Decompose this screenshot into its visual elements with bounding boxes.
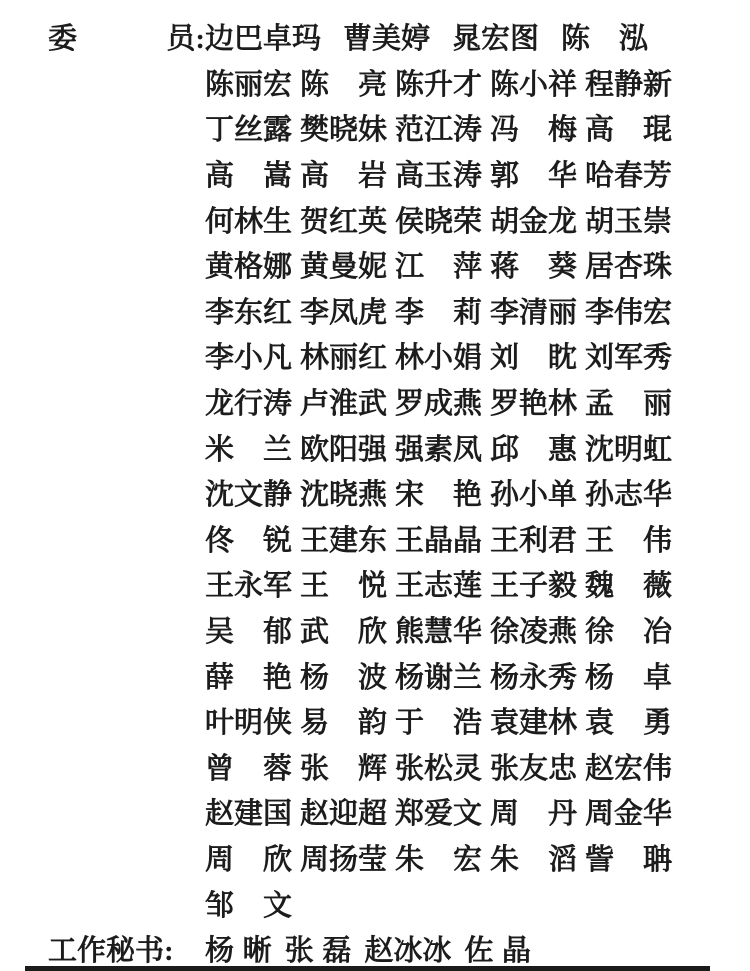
name-char: 梅 <box>548 107 577 148</box>
name-char: 婷 <box>401 16 430 57</box>
name-char: 松 <box>424 746 453 787</box>
name-char: 王 <box>490 518 519 559</box>
person-name: 李清丽 <box>490 290 577 331</box>
name-char: 君 <box>548 518 577 559</box>
name-char: 明 <box>234 700 263 741</box>
person-name: 冯梅 <box>490 107 577 148</box>
document-page: 委 员: 边巴卓玛曹美婷晁宏图陈泓 陈丽宏陈亮陈升才陈小祥程静新丁丝露樊晓妹范江… <box>0 0 750 971</box>
committee-names-row: 叶明侠易韵于浩袁建林袁勇 <box>205 700 672 741</box>
name-char: 张 <box>395 746 424 787</box>
name-char: 罗 <box>490 381 519 422</box>
person-name: 米兰 <box>205 427 292 468</box>
committee-names-row: 丁丝露樊晓妹范江涛冯梅高琨 <box>205 107 672 148</box>
name-char: 浩 <box>453 700 482 741</box>
name-char: 晓 <box>329 107 358 148</box>
person-name: 周丹 <box>490 791 577 832</box>
person-name: 边巴卓玛 <box>205 16 321 57</box>
person-name: 欧阳强 <box>300 427 387 468</box>
committee-line: 陈丽宏陈亮陈升才陈小祥程静新 <box>48 60 750 106</box>
name-char: 亮 <box>358 62 387 103</box>
name-char: 张 <box>490 746 519 787</box>
person-name: 吴郁 <box>205 609 292 650</box>
name-char: 建 <box>329 518 358 559</box>
name-char: 邱 <box>490 427 519 468</box>
name-char: 王 <box>205 563 234 604</box>
person-name: 周扬莹 <box>300 837 387 878</box>
name-char: 宏 <box>614 746 643 787</box>
person-name: 高琨 <box>585 107 672 148</box>
name-char: 林 <box>548 381 577 422</box>
name-char: 珠 <box>643 244 672 285</box>
name-char: 曼 <box>329 244 358 285</box>
person-name: 黄格娜 <box>205 244 292 285</box>
name-char: 朱 <box>395 837 424 878</box>
committee-line: 何林生贺红英侯晓荣胡金龙胡玉崇 <box>48 196 750 242</box>
name-char: 美 <box>372 16 401 57</box>
committee-line: 薛艳杨波杨谢兰杨永秀杨卓 <box>48 652 750 698</box>
person-name: 于浩 <box>395 700 482 741</box>
name-char: 妹 <box>358 107 387 148</box>
name-char: 明 <box>614 427 643 468</box>
name-char: 虹 <box>643 427 672 468</box>
name-char: 丽 <box>548 290 577 331</box>
name-char: 文 <box>234 472 263 513</box>
name-char: 薛 <box>205 655 234 696</box>
committee-line: 丁丝露樊晓妹范江涛冯梅高琨 <box>48 105 750 151</box>
name-char: 妮 <box>358 244 387 285</box>
name-char: 清 <box>519 290 548 331</box>
name-char: 江 <box>395 244 424 285</box>
name-char: 宋 <box>395 472 424 513</box>
person-name: 徐凌燕 <box>490 609 577 650</box>
name-char: 金 <box>519 199 548 240</box>
secretaries-label-char: 工 <box>48 928 77 969</box>
person-name: 刘军秀 <box>585 335 672 376</box>
name-char: 孙 <box>490 472 519 513</box>
name-char: 李 <box>585 290 614 331</box>
name-char: 祥 <box>548 62 577 103</box>
committee-section: 委 员: 边巴卓玛曹美婷晁宏图陈泓 陈丽宏陈亮陈升才陈小祥程静新丁丝露樊晓妹范江… <box>48 14 750 926</box>
name-char: 淮 <box>329 381 358 422</box>
name-char: 娜 <box>263 244 292 285</box>
name-char: 兰 <box>263 427 292 468</box>
name-char: 华 <box>643 791 672 832</box>
name-char: 利 <box>519 518 548 559</box>
committee-names-row: 薛艳杨波杨谢兰杨永秀杨卓 <box>205 655 672 696</box>
name-char: 程 <box>585 62 614 103</box>
name-char: 王 <box>585 518 614 559</box>
name-char: 徐 <box>490 609 519 650</box>
person-name: 易韵 <box>300 700 387 741</box>
person-name: 王伟 <box>585 518 672 559</box>
name-char: 葵 <box>548 244 577 285</box>
name-char: 莉 <box>453 290 482 331</box>
person-name: 杨波 <box>300 655 387 696</box>
person-name: 贺红英 <box>300 199 387 240</box>
name-char: 阳 <box>329 427 358 468</box>
name-char: 强 <box>358 427 387 468</box>
name-char: 张 <box>285 928 314 969</box>
person-name: 熊慧华 <box>395 609 482 650</box>
name-char: 军 <box>614 335 643 376</box>
person-name: 樊晓妹 <box>300 107 387 148</box>
name-char: 文 <box>263 883 292 924</box>
name-char: 露 <box>263 107 292 148</box>
committee-names-row: 王永军王悦王志莲王子毅魏薇 <box>205 563 672 604</box>
name-char: 丽 <box>329 335 358 376</box>
name-char: 贺 <box>300 199 329 240</box>
name-char: 永 <box>519 655 548 696</box>
name-char: 伟 <box>643 518 672 559</box>
name-char: 磊 <box>322 928 351 969</box>
name-char: 林 <box>395 335 424 376</box>
name-char: 蒋 <box>490 244 519 285</box>
name-char: 生 <box>263 199 292 240</box>
name-char: 袁 <box>490 700 519 741</box>
committee-names-row: 周欣周扬莹朱宏朱滔訾聃 <box>205 837 672 878</box>
name-char: 行 <box>234 381 263 422</box>
name-char: 建 <box>234 791 263 832</box>
person-name: 张辉 <box>300 746 387 787</box>
name-char: 侠 <box>263 700 292 741</box>
name-char: 小 <box>424 335 453 376</box>
committee-names-row: 沈文静沈晓燕宋艳孙小单孙志华 <box>205 472 672 513</box>
name-char: 宏 <box>453 837 482 878</box>
name-char: 黄 <box>300 244 329 285</box>
name-char: 郭 <box>490 153 519 194</box>
person-name: 罗成燕 <box>395 381 482 422</box>
name-char: 子 <box>519 563 548 604</box>
name-char: 刘 <box>490 335 519 376</box>
name-char: 静 <box>614 62 643 103</box>
name-char: 于 <box>395 700 424 741</box>
name-char: 周 <box>205 837 234 878</box>
person-name: 薛艳 <box>205 655 292 696</box>
name-char: 小 <box>519 62 548 103</box>
name-char: 薇 <box>643 563 672 604</box>
person-name: 袁勇 <box>585 700 672 741</box>
name-char: 新 <box>643 62 672 103</box>
name-char: 军 <box>263 563 292 604</box>
person-name: 孟丽 <box>585 381 672 422</box>
committee-header-line: 委 员: 边巴卓玛曹美婷晁宏图陈泓 <box>48 14 750 60</box>
person-name: 周欣 <box>205 837 292 878</box>
name-char: 涛 <box>453 153 482 194</box>
secretaries-label-char: 作 <box>77 928 106 969</box>
committee-names-row: 何林生贺红英侯晓荣胡金龙胡玉崇 <box>205 199 672 240</box>
person-name: 徐冶 <box>585 609 672 650</box>
person-name: 袁建林 <box>490 700 577 741</box>
person-name: 郭华 <box>490 153 577 194</box>
person-name: 沈明虹 <box>585 427 672 468</box>
name-char: 格 <box>234 244 263 285</box>
name-char: 周 <box>585 791 614 832</box>
name-char: 涛 <box>453 107 482 148</box>
committee-line: 高嵩高岩高玉涛郭华哈春芳 <box>48 151 750 197</box>
name-char: 才 <box>453 62 482 103</box>
committee-names-row: 吴郁武欣熊慧华徐凌燕徐冶 <box>205 609 672 650</box>
person-name: 邱惠 <box>490 427 577 468</box>
person-name: 陈丽宏 <box>205 62 292 103</box>
name-char: 欣 <box>358 609 387 650</box>
name-char: 朱 <box>490 837 519 878</box>
name-char: 龙 <box>205 381 234 422</box>
name-char: 冰 <box>422 928 451 969</box>
person-name: 沈文静 <box>205 472 292 513</box>
person-name: 朱滔 <box>490 837 577 878</box>
committee-line: 曾蓉张辉张松灵张友忠赵宏伟 <box>48 744 750 790</box>
name-char: 王 <box>395 563 424 604</box>
name-char: 谢 <box>424 655 453 696</box>
name-char: 兰 <box>453 655 482 696</box>
secretaries-label-char: 书: <box>135 928 174 969</box>
committee-name-rows: 陈丽宏陈亮陈升才陈小祥程静新丁丝露樊晓妹范江涛冯梅高琨高嵩高岩高玉涛郭华哈春芳何… <box>48 60 750 926</box>
committee-names-row: 邹文 <box>205 883 292 924</box>
person-name: 晁宏图 <box>452 16 539 57</box>
name-char: 燕 <box>453 381 482 422</box>
name-char: 卓 <box>263 16 292 57</box>
name-char: 建 <box>519 700 548 741</box>
name-char: 华 <box>643 472 672 513</box>
name-char: 迎 <box>329 791 358 832</box>
committee-names-row: 赵建国赵迎超郑爱文周丹周金华 <box>205 791 672 832</box>
committee-names-row: 高嵩高岩高玉涛郭华哈春芳 <box>205 153 672 194</box>
name-char: 武 <box>358 381 387 422</box>
name-char: 沈 <box>585 427 614 468</box>
name-char: 红 <box>263 290 292 331</box>
committee-label-char: 员: <box>166 16 205 57</box>
committee-line: 王永军王悦王志莲王子毅魏薇 <box>48 561 750 607</box>
name-char: 冰 <box>393 928 422 969</box>
name-char: 凌 <box>519 609 548 650</box>
person-name: 何林生 <box>205 199 292 240</box>
name-char: 岩 <box>358 153 387 194</box>
name-char: 丹 <box>548 791 577 832</box>
name-char: 蓉 <box>263 746 292 787</box>
person-name: 哈春芳 <box>585 153 672 194</box>
secretaries-section: 工 作 秘 书: 杨晰张磊赵冰冰佐晶 <box>48 926 750 971</box>
name-char: 袁 <box>585 700 614 741</box>
name-char: 高 <box>300 153 329 194</box>
committee-label-text: 委 员: <box>48 16 205 57</box>
name-char: 扬 <box>329 837 358 878</box>
person-name: 黄曼妮 <box>300 244 387 285</box>
name-char: 小 <box>234 335 263 376</box>
name-char: 胡 <box>585 199 614 240</box>
person-name: 陈泓 <box>561 16 648 57</box>
committee-line: 沈文静沈晓燕宋艳孙小单孙志华 <box>48 470 750 516</box>
name-char: 毅 <box>548 563 577 604</box>
name-char: 素 <box>424 427 453 468</box>
person-name: 杨谢兰 <box>395 655 482 696</box>
name-char: 徐 <box>585 609 614 650</box>
name-char: 哈 <box>585 153 614 194</box>
name-char: 悦 <box>358 563 387 604</box>
person-name: 陈小祥 <box>490 62 577 103</box>
person-name: 李东红 <box>205 290 292 331</box>
name-char: 冶 <box>643 609 672 650</box>
page-bottom-scan-strip <box>25 966 710 971</box>
person-name: 佐晶 <box>464 928 531 969</box>
name-char: 韵 <box>358 700 387 741</box>
person-name: 胡金龙 <box>490 199 577 240</box>
person-name: 李莉 <box>395 290 482 331</box>
name-char: 涛 <box>263 381 292 422</box>
name-char: 红 <box>329 199 358 240</box>
name-char: 陈 <box>300 62 329 103</box>
name-char: 玉 <box>424 153 453 194</box>
person-name: 王晶晶 <box>395 518 482 559</box>
name-char: 强 <box>395 427 424 468</box>
person-name: 高嵩 <box>205 153 292 194</box>
name-char: 艳 <box>263 655 292 696</box>
name-char: 宏 <box>643 290 672 331</box>
name-char: 嵩 <box>263 153 292 194</box>
name-char: 卓 <box>643 655 672 696</box>
person-name: 程静新 <box>585 62 672 103</box>
person-name: 胡玉崇 <box>585 199 672 240</box>
name-char: 荣 <box>453 199 482 240</box>
name-char: 宏 <box>263 62 292 103</box>
name-char: 静 <box>263 472 292 513</box>
person-name: 江萍 <box>395 244 482 285</box>
name-char: 巴 <box>234 16 263 57</box>
name-char: 萍 <box>453 244 482 285</box>
name-char: 燕 <box>358 472 387 513</box>
name-char: 金 <box>614 791 643 832</box>
name-char: 赵 <box>300 791 329 832</box>
name-char: 樊 <box>300 107 329 148</box>
name-char: 国 <box>263 791 292 832</box>
name-char: 丁 <box>205 107 234 148</box>
name-char: 吴 <box>205 609 234 650</box>
committee-line: 佟锐王建东王晶晶王利君王伟 <box>48 516 750 562</box>
person-name: 张松灵 <box>395 746 482 787</box>
name-char: 升 <box>424 62 453 103</box>
name-char: 红 <box>358 335 387 376</box>
name-char: 志 <box>614 472 643 513</box>
name-char: 周 <box>490 791 519 832</box>
name-char: 杏 <box>614 244 643 285</box>
name-char: 芳 <box>643 153 672 194</box>
person-name: 周金华 <box>585 791 672 832</box>
name-char: 高 <box>585 107 614 148</box>
name-char: 沈 <box>300 472 329 513</box>
name-char: 艳 <box>453 472 482 513</box>
name-char: 英 <box>358 199 387 240</box>
committee-label: 委 员: <box>48 16 205 57</box>
name-char: 冯 <box>490 107 519 148</box>
name-char: 辉 <box>358 746 387 787</box>
person-name: 魏薇 <box>585 563 672 604</box>
name-char: 郑 <box>395 791 424 832</box>
name-char: 邹 <box>205 883 234 924</box>
name-char: 玉 <box>614 199 643 240</box>
person-name: 朱宏 <box>395 837 482 878</box>
committee-line: 米兰欧阳强强素凤邱惠沈明虹 <box>48 424 750 470</box>
person-name: 曾蓉 <box>205 746 292 787</box>
name-char: 何 <box>205 199 234 240</box>
name-char: 成 <box>424 381 453 422</box>
name-char: 林 <box>548 700 577 741</box>
name-char: 宏 <box>481 16 510 57</box>
name-char: 晓 <box>329 472 358 513</box>
name-char: 莲 <box>453 563 482 604</box>
name-char: 曾 <box>205 746 234 787</box>
name-char: 陈 <box>561 16 590 57</box>
name-char: 超 <box>358 791 387 832</box>
name-char: 灵 <box>453 746 482 787</box>
person-name: 刘眈 <box>490 335 577 376</box>
name-char: 黄 <box>205 244 234 285</box>
name-char: 凤 <box>453 427 482 468</box>
name-char: 李 <box>205 335 234 376</box>
name-char: 郁 <box>263 609 292 650</box>
name-char: 爱 <box>424 791 453 832</box>
person-name: 李凤虎 <box>300 290 387 331</box>
name-char: 莹 <box>358 837 387 878</box>
person-name: 杨永秀 <box>490 655 577 696</box>
name-char: 王 <box>490 563 519 604</box>
name-char: 沈 <box>205 472 234 513</box>
person-name: 赵建国 <box>205 791 292 832</box>
name-char: 边 <box>205 16 234 57</box>
committee-line: 邹文 <box>48 880 750 926</box>
name-char: 杨 <box>585 655 614 696</box>
name-char: 燕 <box>548 609 577 650</box>
committee-line: 李小凡林丽红林小娟刘眈刘军秀 <box>48 333 750 379</box>
name-char: 佟 <box>205 518 234 559</box>
person-name: 张磊 <box>285 928 352 969</box>
name-char: 龙 <box>548 199 577 240</box>
name-char: 王 <box>395 518 424 559</box>
name-char: 叶 <box>205 700 234 741</box>
person-name: 李小凡 <box>205 335 292 376</box>
name-char: 李 <box>300 290 329 331</box>
committee-names-row: 李东红李凤虎李莉李清丽李伟宏 <box>205 290 672 331</box>
name-char: 凤 <box>329 290 358 331</box>
name-char: 卢 <box>300 381 329 422</box>
name-char: 刘 <box>585 335 614 376</box>
name-char: 晶 <box>453 518 482 559</box>
committee-names-row: 曾蓉张辉张松灵张友忠赵宏伟 <box>205 746 672 787</box>
person-name: 陈升才 <box>395 62 482 103</box>
committee-names-row: 龙行涛卢淮武罗成燕罗艳林孟丽 <box>205 381 672 422</box>
committee-line: 龙行涛卢淮武罗成燕罗艳林孟丽 <box>48 379 750 425</box>
person-name: 赵宏伟 <box>585 746 672 787</box>
name-char: 虎 <box>358 290 387 331</box>
name-char: 陈 <box>205 62 234 103</box>
person-name: 邹文 <box>205 883 292 924</box>
name-char: 杨 <box>300 655 329 696</box>
name-char: 杨 <box>490 655 519 696</box>
committee-names-row: 陈丽宏陈亮陈升才陈小祥程静新 <box>205 62 672 103</box>
committee-line: 周欣周扬莹朱宏朱滔訾聃 <box>48 835 750 881</box>
name-char: 波 <box>358 655 387 696</box>
committee-line: 叶明侠易韵于浩袁建林袁勇 <box>48 698 750 744</box>
person-name: 杨卓 <box>585 655 672 696</box>
secretaries-label: 工 作 秘 书: <box>48 928 205 969</box>
name-char: 杨 <box>395 655 424 696</box>
name-char: 范 <box>395 107 424 148</box>
name-char: 眈 <box>548 335 577 376</box>
name-char: 米 <box>205 427 234 468</box>
name-char: 訾 <box>585 837 614 878</box>
person-name: 陈亮 <box>300 62 387 103</box>
name-char: 华 <box>548 153 577 194</box>
name-char: 胡 <box>490 199 519 240</box>
name-char: 晶 <box>502 928 531 969</box>
